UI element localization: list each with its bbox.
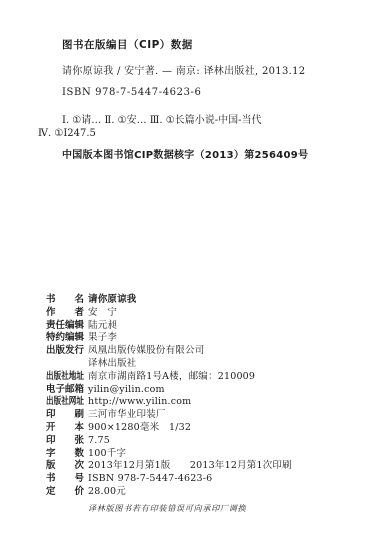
row-label: 字 数 (46, 448, 84, 461)
colophon-row-wordcount: 字 数 100千字 (46, 448, 346, 461)
row-value: 凤凰出版传媒股份有限公司 (88, 345, 204, 358)
row-value: 100千字 (88, 448, 126, 461)
colophon-row-publisher: 出版发行 凤凰出版传媒股份有限公司 (46, 345, 346, 358)
row-label: 特约编辑 (46, 332, 84, 345)
copyright-page: 图书在版编目（CIP）数据 请你原谅我 / 安宁著. — 南京: 译林出版社, … (0, 0, 375, 544)
colophon-row-editor: 责任编辑 陆元昶 (46, 320, 346, 333)
row-label: 出版社网址 (46, 396, 76, 409)
colophon-row-author: 作 者 安 宁 (46, 307, 346, 320)
row-label: 版 次 (46, 460, 84, 473)
colophon-row-address: 出版社地址 南京市湖南路1号A楼，邮编：210009 (46, 371, 346, 384)
colophon-row-format: 开 本 900×1280毫米 1/32 (46, 422, 346, 435)
cip-block: 图书在版编目（CIP）数据 请你原谅我 / 安宁著. — 南京: 译林出版社, … (62, 38, 352, 110)
row-label: 出版社地址 (46, 371, 76, 384)
row-value: 7.75 (88, 435, 110, 448)
colophon-row-printer: 印 刷 三河市华业印装厂 (46, 409, 346, 422)
row-label: 开 本 (46, 422, 84, 435)
colophon-row-website: 出版社网址 http://www.yilin.com (46, 396, 346, 409)
cip-classification-line1: Ⅰ. ①请… Ⅱ. ①安… Ⅲ. ①长篇小说-中国-当代 (62, 115, 261, 126)
row-value: ISBN 978-7-5447-4623-6 (88, 473, 212, 486)
colophon-block: 书 名 请你原谅我 作 者 安 宁 责任编辑 陆元昶 特约编辑 果子李 出版发行… (46, 294, 346, 499)
colophon-row-email: 电子邮箱 yilin@yilin.com (46, 384, 346, 397)
row-value: 900×1280毫米 1/32 (88, 422, 191, 435)
row-label: 印 张 (46, 435, 84, 448)
row-label: 电子邮箱 (46, 384, 84, 397)
row-value: yilin@yilin.com (88, 384, 165, 397)
row-label: 责任编辑 (46, 320, 84, 333)
colophon-row-price: 定 价 28.00元 (46, 486, 346, 499)
row-value: 请你原谅我 (88, 294, 137, 307)
row-label: 作 者 (46, 307, 84, 320)
colophon-row-guest-editor: 特约编辑 果子李 (46, 332, 346, 345)
colophon-row-isbn: 书 号 ISBN 978-7-5447-4623-6 (46, 473, 346, 486)
cip-classification: Ⅰ. ①请… Ⅱ. ①安… Ⅲ. ①长篇小说-中国-当代 Ⅳ. ①I247.5 (38, 114, 352, 140)
row-value: 南京市湖南路1号A楼，邮编：210009 (88, 371, 255, 384)
row-value: 三河市华业印装厂 (88, 409, 166, 422)
row-value: 译林出版社 (88, 358, 137, 371)
colophon-row-sheets: 印 张 7.75 (46, 435, 346, 448)
cip-title-line: 请你原谅我 / 安宁著. — 南京: 译林出版社, 2013.12 (62, 65, 352, 78)
row-value: 28.00元 (88, 486, 126, 499)
colophon-row-edition: 版 次 2013年12月第1版 2013年12月第1次印刷 (46, 460, 346, 473)
cip-header: 图书在版编目（CIP）数据 (62, 38, 352, 52)
row-label: 书 号 (46, 473, 84, 486)
row-label: 定 价 (46, 486, 84, 499)
row-value: 果子李 (88, 332, 117, 345)
cip-classification-line2: Ⅳ. ①I247.5 (38, 128, 96, 139)
row-value: 陆元昶 (88, 320, 117, 333)
cip-record-line: 中国版本图书馆CIP数据核字（2013）第256409号 (62, 146, 308, 161)
row-label: 出版发行 (46, 345, 84, 358)
row-value: 2013年12月第1版 2013年12月第1次印刷 (88, 460, 292, 473)
row-label: 印 刷 (46, 409, 84, 422)
colophon-row-publisher2: 译林出版社 (46, 358, 346, 371)
row-value: 安 宁 (88, 307, 117, 320)
row-label: 书 名 (46, 294, 84, 307)
row-value: http://www.yilin.com (88, 396, 191, 409)
misprint-exchange-notice: 译林版图书若有印装错误可向承印厂调换 (88, 503, 246, 514)
cip-isbn-line: ISBN 978-7-5447-4623-6 (62, 86, 352, 99)
colophon-row-title: 书 名 请你原谅我 (46, 294, 346, 307)
